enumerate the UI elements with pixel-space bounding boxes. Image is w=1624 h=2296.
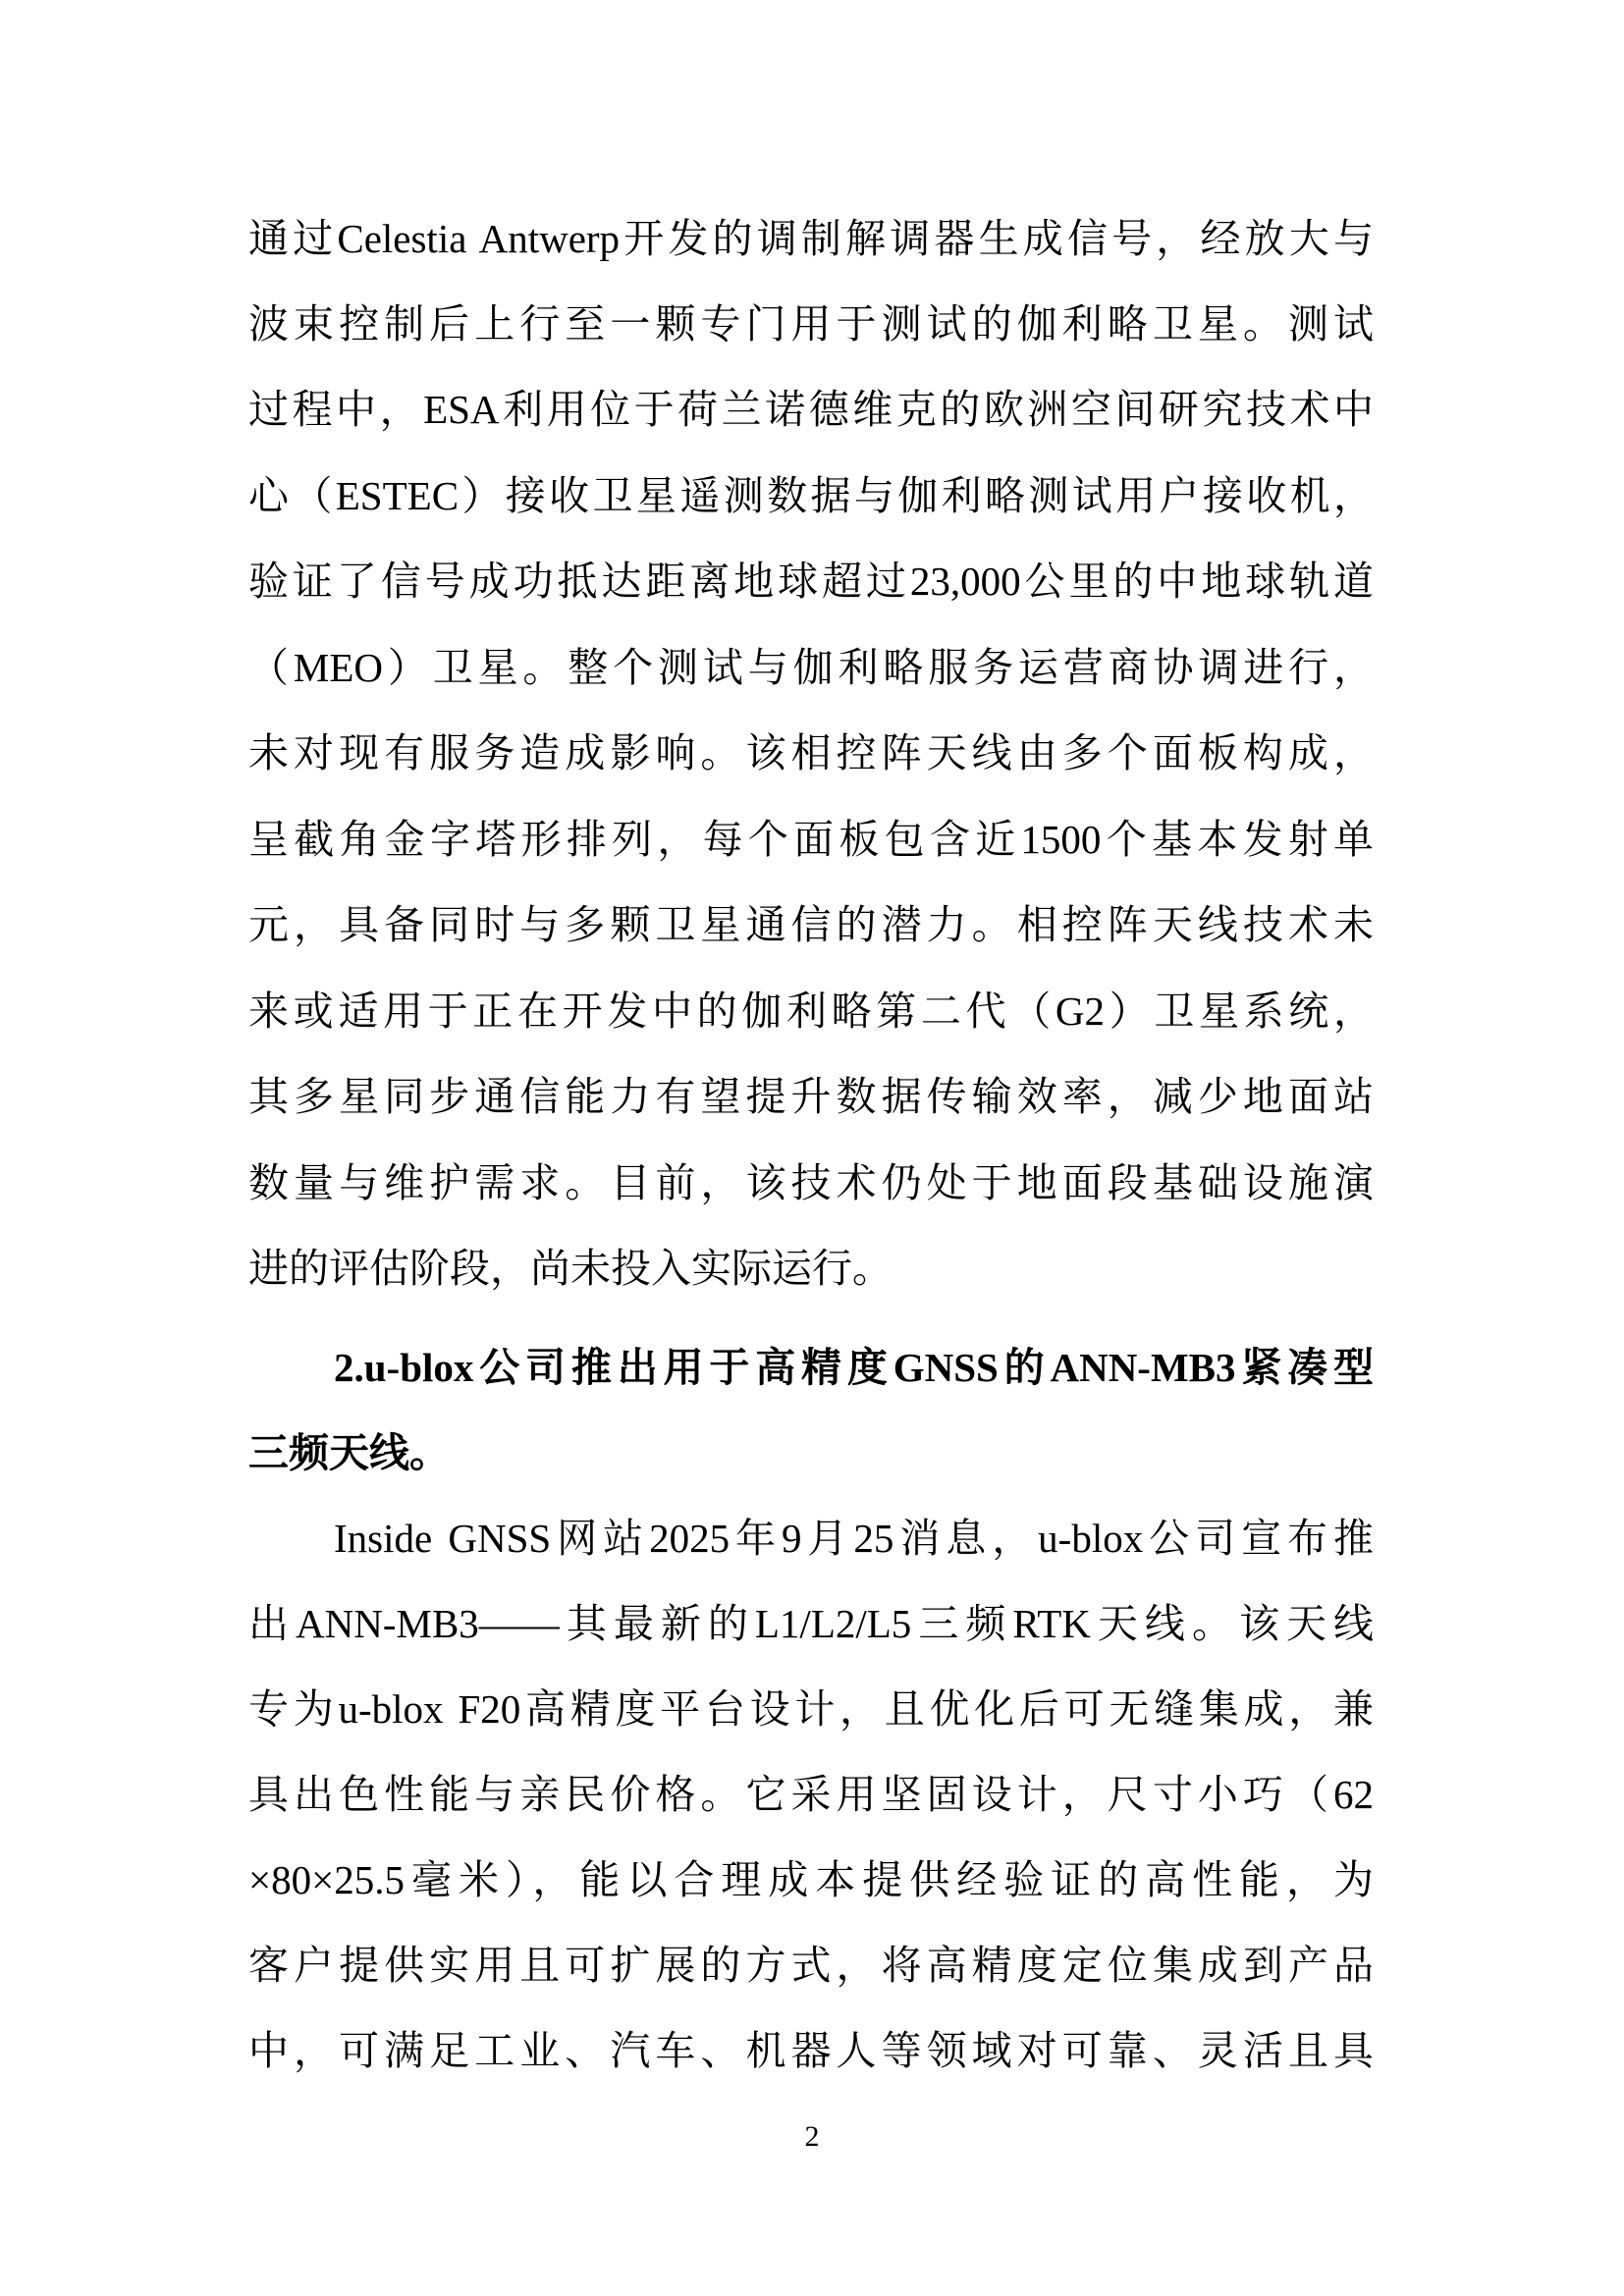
heading-line: 三频天线。 xyxy=(248,1411,1374,1496)
document-page: 通过Celestia Antwerp开发的调制解调器生成信号，经放大与 波束控制… xyxy=(0,0,1624,2296)
paragraph-line: 心（ESTEC）接收卫星遥测数据与伽利略测试用户接收机， xyxy=(248,454,1374,539)
paragraph-line: （MEO）卫星。整个测试与伽利略服务运营商协调进行， xyxy=(248,625,1374,711)
paragraph-line: 进的评估阶段，尚未投入实际运行。 xyxy=(248,1226,1374,1311)
paragraph-line: 客户提供实用且可扩展的方式，将高精度定位集成到产品 xyxy=(248,1923,1374,2008)
paragraph-line: 出ANN-MB3——其最新的L1/L2/L5三频RTK天线。该天线 xyxy=(248,1581,1374,1667)
paragraph-line: 元，具备同时与多颗卫星通信的潜力。相控阵天线技术未 xyxy=(248,882,1374,968)
paragraph-line: 中，可满足工业、汽车、机器人等领域对可靠、灵活且具 xyxy=(248,2008,1374,2094)
heading-line: 2.u-blox公司推出用于高精度GNSS的ANN-MB3紧凑型 xyxy=(334,1325,1374,1411)
paragraph-line: 呈截角金字塔形排列，每个面板包含近1500个基本发射单 xyxy=(248,797,1374,882)
paragraph-line: ×80×25.5毫米），能以合理成本提供经验证的高性能，为 xyxy=(248,1838,1374,1923)
paragraph-line: 专为u-blox F20高精度平台设计，且优化后可无缝集成，兼 xyxy=(248,1667,1374,1752)
paragraph-line: 过程中，ESA利用位于荷兰诺德维克的欧洲空间研究技术中 xyxy=(248,367,1374,453)
paragraph-line: 通过Celestia Antwerp开发的调制解调器生成信号，经放大与 xyxy=(248,196,1374,282)
paragraph-line: Inside GNSS网站2025年9月25消息，u-blox公司宣布推 xyxy=(334,1496,1374,1581)
paragraph-line: 其多星同步通信能力有望提升数据传输效率，减少地面站 xyxy=(248,1054,1374,1140)
paragraph-line: 波束控制后上行至一颗专门用于测试的伽利略卫星。测试 xyxy=(248,282,1374,367)
page-number: 2 xyxy=(0,2115,1624,2159)
paragraph-line: 未对现有服务造成影响。该相控阵天线由多个面板构成， xyxy=(248,711,1374,796)
paragraph-line: 来或适用于正在开发中的伽利略第二代（G2）卫星系统， xyxy=(248,969,1374,1054)
paragraph-line: 数量与维护需求。目前，该技术仍处于地面段基础设施演 xyxy=(248,1141,1374,1226)
paragraph-line: 具出色性能与亲民价格。它采用坚固设计，尺寸小巧（62 xyxy=(248,1752,1374,1838)
paragraph-line: 验证了信号成功抵达距离地球超过23,000公里的中地球轨道 xyxy=(248,539,1374,624)
